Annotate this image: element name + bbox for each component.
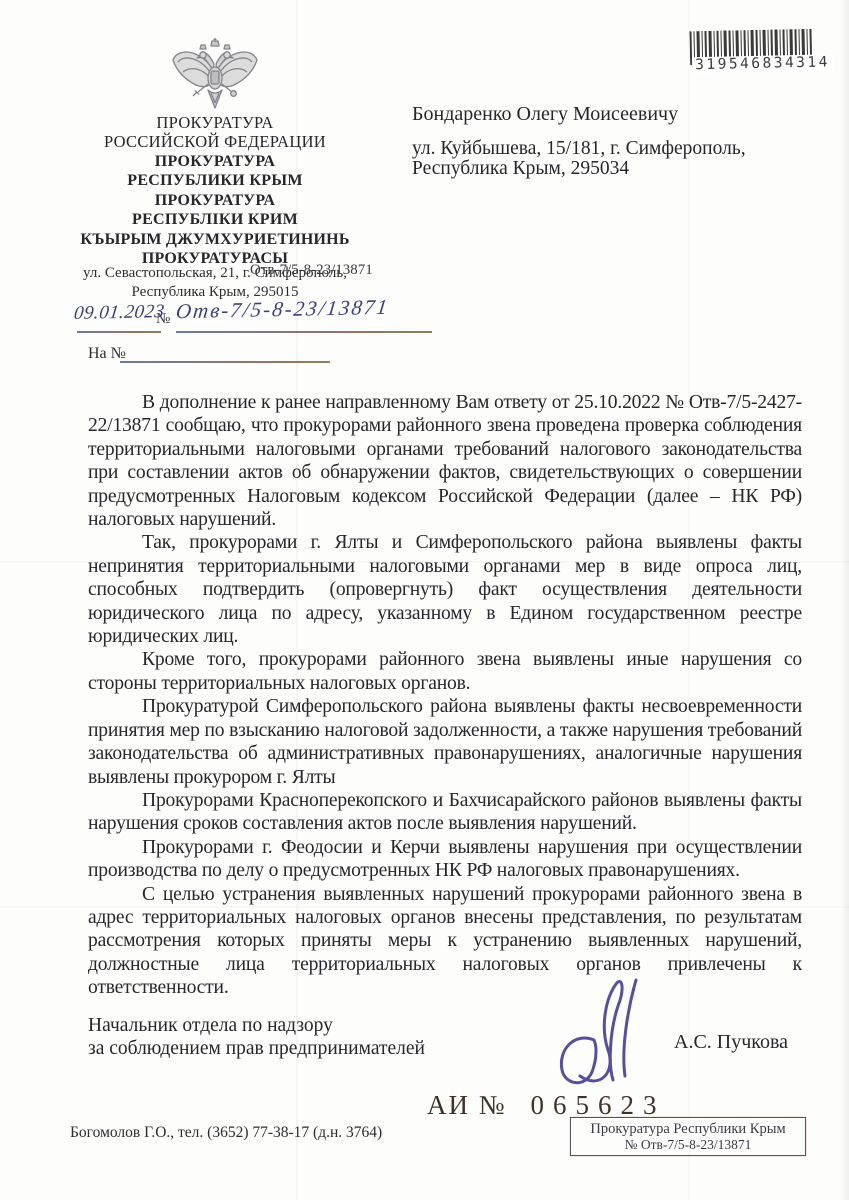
recipient-address-line: ул. Куйбышева, 15/181, г. Симферополь, xyxy=(412,139,746,159)
registration-stamp: Прокуратура Республики Крым № Отв-7/5-8-… xyxy=(570,1117,806,1156)
letterhead-line: РЕСПУБЛІКИ КРИМ xyxy=(30,211,400,230)
form-series-label: АИ № xyxy=(427,1090,507,1120)
letterhead-line: КЪЫРЫМ ДЖУМХУРИЕТИНИНЬ xyxy=(30,231,400,250)
handwritten-outgoing-number: Отв-7/5-8-23/13871 xyxy=(175,295,391,325)
recipient-name: Бондаренко Олегу Моисеевичу xyxy=(412,103,678,126)
barcode-digits: 319546834314 xyxy=(692,54,833,73)
letterhead-line: РОССИЙСКОЙ ФЕДЕРАЦИИ xyxy=(30,133,400,152)
signer-position-line: Начальник отдела по надзору xyxy=(88,1014,425,1037)
stamp-organization: Прокуратура Республики Крым xyxy=(571,1121,805,1137)
letterhead-republic-uk: ПРОКУРАТУРА РЕСПУБЛІКИ КРИМ xyxy=(30,192,400,229)
number-sign: № xyxy=(156,311,170,328)
letterhead-line: РЕСПУБЛИКИ КРЫМ xyxy=(30,172,400,191)
body-paragraph: В дополнение к ранее направленному Вам о… xyxy=(88,391,802,531)
in-reply-to-underline xyxy=(120,361,330,363)
body-paragraph: Кроме того, прокурорами районного звена … xyxy=(88,648,802,695)
executor-contact: Богомолов Г.О., тел. (3652) 77-38-17 (д.… xyxy=(70,1124,382,1142)
letterhead-federation: ПРОКУРАТУРА РОССИЙСКОЙ ФЕДЕРАЦИИ xyxy=(30,114,400,151)
signer-position: Начальник отдела по надзору за соблюдени… xyxy=(88,1014,425,1060)
scanned-letter-page: 319546834314 ПРОКУРАТУРА РОСС xyxy=(0,0,849,1200)
recipient-address-line: Республика Крым, 295034 xyxy=(412,159,746,179)
body-paragraph: Так, прокурорами г. Ялты и Симферопольск… xyxy=(88,531,802,648)
letterhead-line: ПРОКУРАТУРА xyxy=(30,192,400,211)
signer-name: А.С. Пучкова xyxy=(674,1031,788,1054)
signer-position-line: за соблюдением прав предпринимателей xyxy=(88,1037,425,1060)
barcode: 319546834314 xyxy=(689,29,814,84)
recipient-address: ул. Куйбышева, 15/181, г. Симферополь, Р… xyxy=(412,139,746,179)
date-underline xyxy=(77,331,161,333)
stamp-number: № Отв-7/5-8-23/13871 xyxy=(571,1137,805,1152)
body-paragraph: Прокурорами г. Феодосии и Керчи выявлены… xyxy=(88,836,802,883)
handwritten-signature xyxy=(550,978,650,1098)
overprinted-reference-number: Отв-7/5-8-23/13871 xyxy=(250,262,373,279)
letterhead-republic-ru: ПРОКУРАТУРА РЕСПУБЛИКИ КРЫМ xyxy=(30,153,400,190)
scan-edge-shadow xyxy=(841,0,849,1200)
number-underline xyxy=(176,331,432,333)
letterhead-line: ПРОКУРАТУРА xyxy=(30,114,400,133)
body-paragraph: С целью устранения выявленных нарушений … xyxy=(88,883,802,1000)
letter-body: В дополнение к ранее направленному Вам о… xyxy=(88,391,802,1000)
form-series-digits: 065623 xyxy=(531,1090,666,1120)
double-headed-eagle-icon xyxy=(170,38,260,114)
letterhead-line: ПРОКУРАТУРА xyxy=(30,153,400,172)
body-paragraph: Прокурорами Красноперекопского и Бахчиса… xyxy=(88,789,802,836)
body-paragraph: Прокуратурой Симферопольского района выя… xyxy=(88,695,802,789)
handwritten-date: 09.01.2023 xyxy=(73,301,166,325)
